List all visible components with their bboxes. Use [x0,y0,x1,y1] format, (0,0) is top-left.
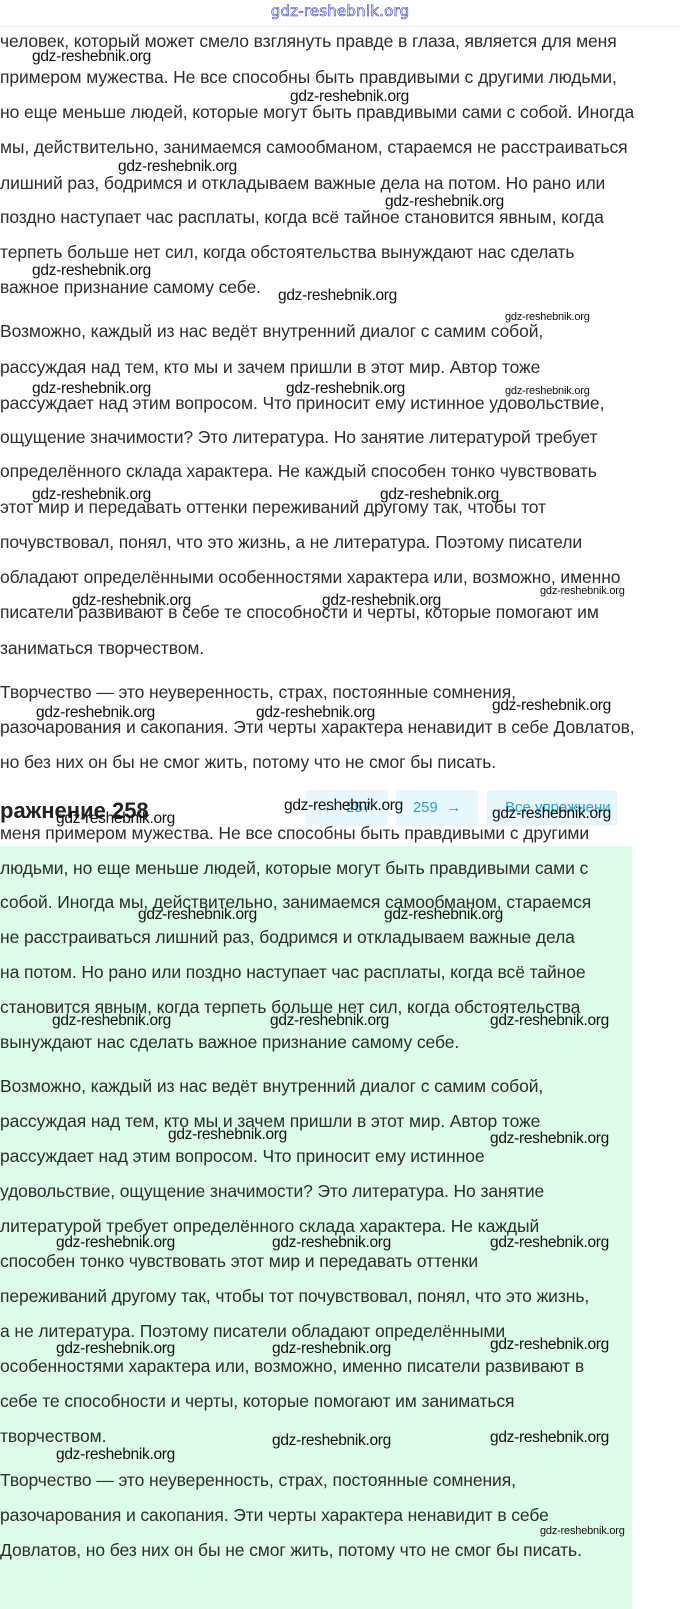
watermark-text: gdz-reshebnik.org [490,1130,609,1148]
text-line: заниматься творчеством. [0,637,204,659]
watermark-text: gdz-reshebnik.org [72,592,191,610]
answer-line: а не литература. Поэтому писатели облада… [0,1320,505,1342]
text-line: примером мужества. Не все способны быть … [0,66,617,88]
watermark-text: gdz-reshebnik.org [56,1234,175,1252]
watermark-text: gdz-reshebnik.org [286,380,405,398]
watermark-text: gdz-reshebnik.org [56,1340,175,1358]
watermark-text: gdz-reshebnik.org [32,380,151,398]
top-divider [0,26,680,27]
text-line: рассуждая над тем, кто мы и зачем пришли… [0,356,540,378]
watermark-text: gdz-reshebnik.org [322,592,441,610]
watermark-text: gdz-reshebnik.org [256,704,375,722]
text-line: поздно наступает час расплаты, когда всё… [0,206,604,228]
text-line: лишний раз, бодримся и откладываем важны… [0,172,605,194]
answer-line: разочарования и сакопания. Эти черты хар… [0,1504,549,1526]
text-line: Возможно, каждый из нас ведёт внутренний… [0,320,543,342]
next-exercise-button[interactable]: 259 → [396,790,478,826]
arrow-right-icon: → [446,799,461,816]
watermark-text: gdz-reshebnik.org [138,906,257,924]
watermark-text: gdz-reshebnik.org [272,1340,391,1358]
text-line: определённого склада характера. Не кажды… [0,460,597,482]
watermark-text: gdz-reshebnik.org [32,486,151,504]
watermark-text: gdz-reshebnik.org [490,1429,609,1447]
watermark-text: gdz-reshebnik.org [290,88,409,106]
answer-line: Творчество — это неуверенность, страх, п… [0,1469,516,1491]
answer-line: Довлатов, но без них он бы не смог жить,… [0,1539,582,1561]
answer-line: способен тонко чувствовать этот мир и пе… [0,1250,478,1272]
watermark-text: gdz-reshebnik.org [168,1126,287,1144]
watermark-text: gdz-reshebnik.org [380,486,499,504]
answer-line: творчеством. [0,1425,106,1447]
text-line: ощущение значимости? Это литература. Но … [0,426,597,448]
watermark-text: gdz-reshebnik.org [56,1446,175,1464]
watermark-text: gdz-reshebnik.org [492,697,611,715]
answer-line: не расстраиваться лишний раз, бодримся и… [0,926,575,948]
watermark-text: gdz-reshebnik.org [540,1525,625,1537]
answer-line: вынуждают нас сделать важное признание с… [0,1031,459,1053]
answer-line: себе те способности и черты, которые пом… [0,1390,514,1412]
watermark-text: gdz-reshebnik.org [32,262,151,280]
watermark-text: gdz-reshebnik.org [278,287,397,305]
watermark-text: gdz-reshebnik.org [272,1234,391,1252]
watermark-text: gdz-reshebnik.org [118,158,237,176]
watermark-text: gdz-reshebnik.org [56,810,175,828]
text-line: обладают определёнными особенностями хар… [0,566,620,588]
answer-line: удовольствие, ощущение значимости? Это л… [0,1180,544,1202]
watermark-text: gdz-reshebnik.org [505,385,590,397]
watermark-text: gdz-reshebnik.org [490,1336,609,1354]
watermark-text: gdz-reshebnik.org [492,805,611,823]
watermark-text: gdz-reshebnik.org [385,193,504,211]
answer-line: особенностями характера или, возможно, и… [0,1355,584,1377]
watermark-text: gdz-reshebnik.org [272,1432,391,1450]
answer-line: людьми, но еще меньше людей, которые мог… [0,857,588,879]
watermark-text: gdz-reshebnik.org [384,906,503,924]
text-line: мы, действительно, занимаемся самообмано… [0,136,628,158]
watermark-text: gdz-reshebnik.org [284,797,403,815]
watermark-text: gdz-reshebnik.org [32,48,151,66]
watermark-text: gdz-reshebnik.org [505,311,590,323]
text-line: но без них он бы не смог жить, потому чт… [0,751,496,773]
watermark-text: gdz-reshebnik.org [540,585,625,597]
text-line: почувствовал, понял, что это жизнь, а не… [0,531,582,553]
text-line: Творчество — это неуверенность, страх, п… [0,681,516,703]
text-line: терпеть больше нет сил, когда обстоятель… [0,241,574,263]
watermark-text: gdz-reshebnik.org [270,1012,389,1030]
watermark-text: gdz-reshebnik.org [490,1234,609,1252]
answer-line: на потом. Но рано или поздно наступает ч… [0,961,585,983]
answer-line: переживаний другому так, чтобы тот почув… [0,1285,589,1307]
watermark-text: gdz-reshebnik.org [490,1012,609,1030]
answer-line: Возможно, каждый из нас ведёт внутренний… [0,1075,543,1097]
answer-line: рассуждает над этим вопросом. Что принос… [0,1145,485,1167]
site-watermark: gdz-reshebnik.org [0,2,680,20]
watermark-text: gdz-reshebnik.org [52,1012,171,1030]
watermark-text: gdz-reshebnik.org [36,704,155,722]
